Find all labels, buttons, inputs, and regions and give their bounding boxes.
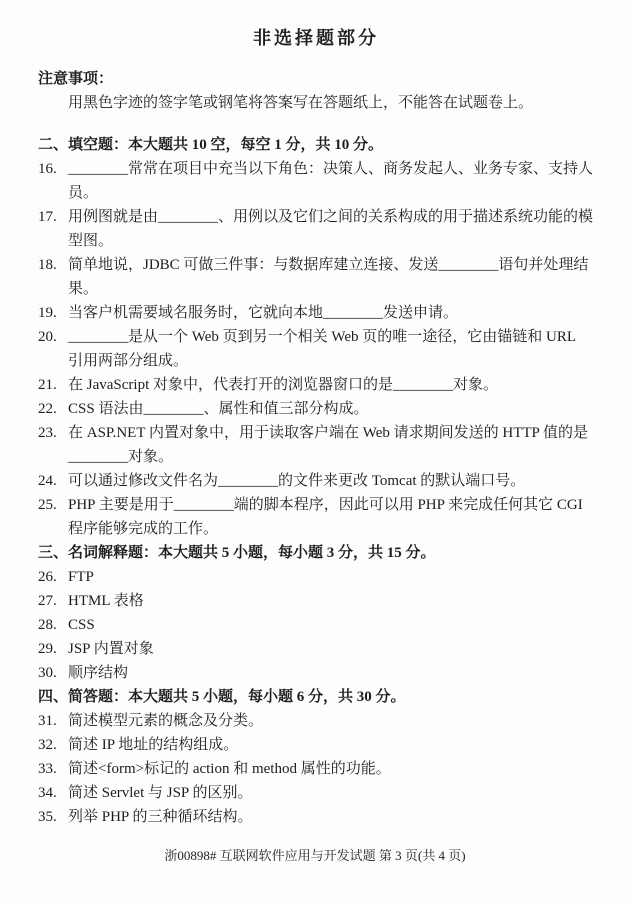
- question-text: 在 JavaScript 对象中，代表打开的浏览器窗口的是________对象。: [68, 377, 498, 393]
- question-text: 简述<form>标记的 action 和 method 属性的功能。: [68, 761, 391, 777]
- page-title: 非选择题部分: [38, 0, 594, 51]
- question-list: 16.________常常在项目中充当以下角色：决策人、商务发起人、业务专家、支…: [38, 157, 594, 541]
- question-text: 顺序结构: [68, 665, 128, 681]
- question-text: ________是从一个 Web 页到另一个相关 Web 页的唯一途径，它由锚链…: [68, 329, 575, 369]
- question-text: 简述模型元素的概念及分类。: [68, 713, 263, 729]
- question-number: 19.: [38, 301, 68, 325]
- question-item: 35.列举 PHP 的三种循环结构。: [38, 805, 594, 829]
- section-fill-in-blanks: 二、填空题：本大题共 10 空，每空 1 分，共 10 分。 16.______…: [38, 133, 594, 541]
- question-number: 31.: [38, 709, 68, 733]
- question-item: 26.FTP: [38, 565, 594, 589]
- question-item: 22.CSS 语法由________、属性和值三部分构成。: [38, 397, 594, 421]
- question-number: 29.: [38, 637, 68, 661]
- question-text: 简述 IP 地址的结构组成。: [68, 737, 238, 753]
- question-number: 25.: [38, 493, 68, 517]
- question-number: 24.: [38, 469, 68, 493]
- notice-text: 用黑色字迹的签字笔或钢笔将答案写在答题纸上，不能答在试题卷上。: [38, 91, 594, 115]
- question-item: 16.________常常在项目中充当以下角色：决策人、商务发起人、业务专家、支…: [38, 157, 594, 205]
- question-item: 31.简述模型元素的概念及分类。: [38, 709, 594, 733]
- question-number: 26.: [38, 565, 68, 589]
- question-text: ________常常在项目中充当以下角色：决策人、商务发起人、业务专家、支持人员…: [68, 161, 593, 201]
- notice-label: 注意事项：: [38, 67, 594, 91]
- question-item: 24.可以通过修改文件名为________的文件来更改 Tomcat 的默认端口…: [38, 469, 594, 493]
- question-text: 简述 Servlet 与 JSP 的区别。: [68, 785, 252, 801]
- question-text: 用例图就是由________、用例以及它们之间的关系构成的用于描述系统功能的模型…: [68, 209, 593, 249]
- exam-paper-page: 非选择题部分 注意事项： 用黑色字迹的签字笔或钢笔将答案写在答题纸上，不能答在试…: [0, 0, 630, 905]
- page-content: 非选择题部分 注意事项： 用黑色字迹的签字笔或钢笔将答案写在答题纸上，不能答在试…: [0, 0, 630, 829]
- section-heading: 四、简答题：本大题共 5 小题，每小题 6 分，共 30 分。: [38, 685, 594, 709]
- question-text: PHP 主要是用于________端的脚本程序，因此可以用 PHP 来完成任何其…: [68, 497, 583, 537]
- question-number: 20.: [38, 325, 68, 349]
- question-item: 30.顺序结构: [38, 661, 594, 685]
- question-item: 32.简述 IP 地址的结构组成。: [38, 733, 594, 757]
- question-item: 27.HTML 表格: [38, 589, 594, 613]
- question-number: 21.: [38, 373, 68, 397]
- question-item: 19.当客户机需要域名服务时，它就向本地________发送申请。: [38, 301, 594, 325]
- question-text: 简单地说，JDBC 可做三件事：与数据库建立连接、发送________语句并处理…: [68, 257, 588, 297]
- question-item: 34.简述 Servlet 与 JSP 的区别。: [38, 781, 594, 805]
- question-number: 34.: [38, 781, 68, 805]
- page-footer: 浙00898# 互联网软件应用与开发试题 第 3 页(共 4 页): [0, 847, 630, 865]
- question-item: 18.简单地说，JDBC 可做三件事：与数据库建立连接、发送________语句…: [38, 253, 594, 301]
- question-item: 28.CSS: [38, 613, 594, 637]
- question-item: 17.用例图就是由________、用例以及它们之间的关系构成的用于描述系统功能…: [38, 205, 594, 253]
- question-text: 可以通过修改文件名为________的文件来更改 Tomcat 的默认端口号。: [68, 473, 525, 489]
- question-number: 17.: [38, 205, 68, 229]
- question-number: 27.: [38, 589, 68, 613]
- section-term-definitions: 三、名词解释题：本大题共 5 小题，每小题 3 分，共 15 分。 26.FTP…: [38, 541, 594, 685]
- question-number: 22.: [38, 397, 68, 421]
- question-text: FTP: [68, 569, 94, 585]
- question-list: 26.FTP27.HTML 表格28.CSS29.JSP 内置对象30.顺序结构: [38, 565, 594, 685]
- question-number: 32.: [38, 733, 68, 757]
- question-number: 18.: [38, 253, 68, 277]
- question-item: 21.在 JavaScript 对象中，代表打开的浏览器窗口的是________…: [38, 373, 594, 397]
- question-item: 23.在 ASP.NET 内置对象中，用于读取客户端在 Web 请求期间发送的 …: [38, 421, 594, 469]
- question-number: 23.: [38, 421, 68, 445]
- question-item: 29.JSP 内置对象: [38, 637, 594, 661]
- question-text: CSS 语法由________、属性和值三部分构成。: [68, 401, 368, 417]
- question-text: 在 ASP.NET 内置对象中，用于读取客户端在 Web 请求期间发送的 HTT…: [68, 425, 588, 465]
- section-heading: 三、名词解释题：本大题共 5 小题，每小题 3 分，共 15 分。: [38, 541, 594, 565]
- question-number: 30.: [38, 661, 68, 685]
- question-text: 列举 PHP 的三种循环结构。: [68, 809, 252, 825]
- question-text: CSS: [68, 617, 95, 633]
- question-item: 33.简述<form>标记的 action 和 method 属性的功能。: [38, 757, 594, 781]
- section-heading: 二、填空题：本大题共 10 空，每空 1 分，共 10 分。: [38, 133, 594, 157]
- question-number: 35.: [38, 805, 68, 829]
- question-item: 20.________是从一个 Web 页到另一个相关 Web 页的唯一途径，它…: [38, 325, 594, 373]
- question-number: 33.: [38, 757, 68, 781]
- question-number: 16.: [38, 157, 68, 181]
- question-number: 28.: [38, 613, 68, 637]
- question-list: 31.简述模型元素的概念及分类。32.简述 IP 地址的结构组成。33.简述<f…: [38, 709, 594, 829]
- question-text: HTML 表格: [68, 593, 144, 609]
- section-short-answers: 四、简答题：本大题共 5 小题，每小题 6 分，共 30 分。 31.简述模型元…: [38, 685, 594, 829]
- question-item: 25.PHP 主要是用于________端的脚本程序，因此可以用 PHP 来完成…: [38, 493, 594, 541]
- question-text: 当客户机需要域名服务时，它就向本地________发送申请。: [68, 305, 458, 321]
- question-text: JSP 内置对象: [68, 641, 154, 657]
